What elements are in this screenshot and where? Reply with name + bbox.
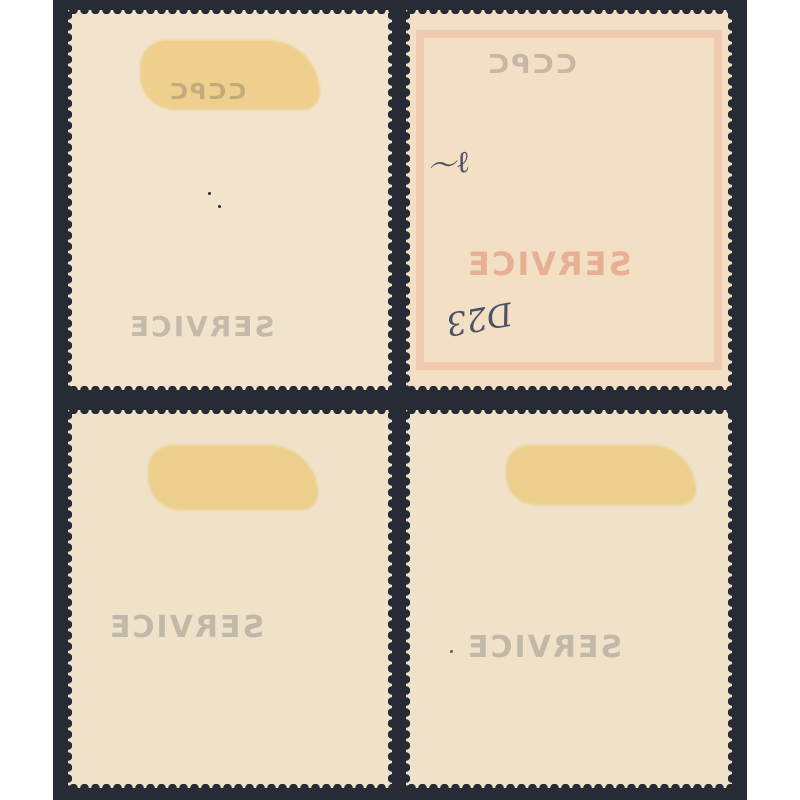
hinge-remnant xyxy=(148,445,318,510)
perforation-left xyxy=(64,10,72,390)
perforation-right xyxy=(728,10,736,390)
show-through-overprint: SERVICE xyxy=(466,245,632,283)
perforation-right xyxy=(388,410,396,788)
stamp-bottom-right: SERVICE xyxy=(406,410,732,788)
ink-speck xyxy=(208,192,211,195)
perforation-left xyxy=(64,410,72,788)
pencil-signature: 〜ℓ xyxy=(423,137,472,188)
stamp-top-right: ᑕᑕᑭᑕ SERVICE 〜ℓ D23 xyxy=(406,10,732,390)
show-through-overprint: SERVICE xyxy=(108,610,264,645)
ink-speck xyxy=(218,205,221,208)
show-through-value: ᑕᑕᑭᑕ xyxy=(168,80,246,105)
show-through-value: ᑕᑕᑭᑕ xyxy=(486,50,577,80)
stamp-top-left: ᑕᑕᑭᑕ SERVICE xyxy=(68,10,392,390)
show-through-overprint: SERVICE xyxy=(466,630,622,665)
perforation-left xyxy=(402,10,410,390)
foxing-speck xyxy=(450,650,453,653)
perforation-right xyxy=(388,10,396,390)
perforation-right xyxy=(728,410,736,788)
stamp-bottom-left: SERVICE xyxy=(68,410,392,788)
show-through-overprint: SERVICE xyxy=(128,310,275,343)
perforation-left xyxy=(402,410,410,788)
hinge-remnant xyxy=(506,445,696,505)
